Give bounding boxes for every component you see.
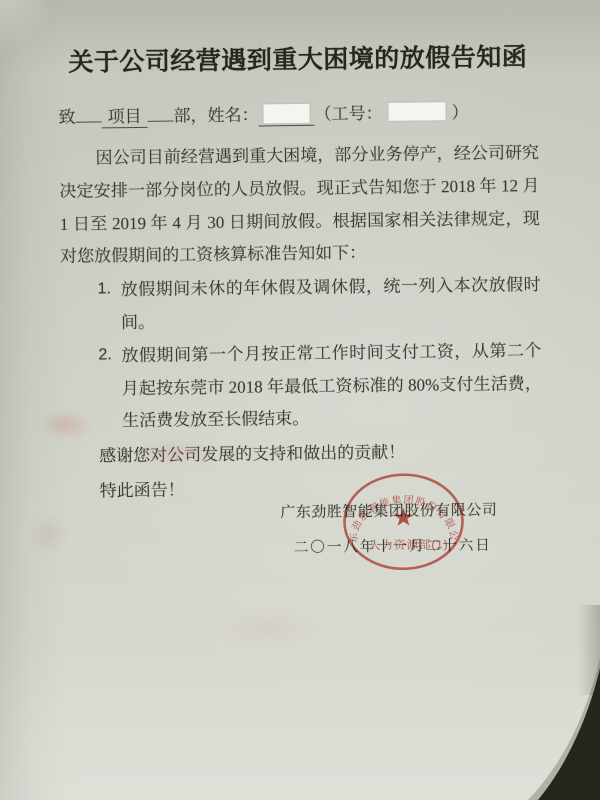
ink-smudge xyxy=(25,518,71,553)
name-underline xyxy=(258,104,314,127)
body-paragraph: 因公司目前经营遇到重大困境，部分业务停产，经公司研究决定安排一部分岗位的人员放假… xyxy=(59,137,541,274)
employee-id-label: （工号： xyxy=(314,104,382,124)
department-name: 项目 xyxy=(101,102,147,129)
salutation-line: 致项目部，姓名：（工号：） xyxy=(58,97,538,129)
after-department-label: 部，姓名： xyxy=(173,105,258,125)
close-paren: ） xyxy=(451,103,468,122)
seal-ring-text: 广东劲胜智能集团股份有限公司 xyxy=(332,465,459,544)
paper: 关于公司经营遇到重大困境的放假告知函 致项目部，姓名：（工号：） 因公司目前经营… xyxy=(0,0,600,800)
list-number: 2. xyxy=(98,340,112,371)
document-body: 关于公司经营遇到重大困境的放假告知函 致项目部，姓名：（工号：） 因公司目前经营… xyxy=(58,31,544,509)
numbered-list: 1. 放假期间未休的年休假及调休假，统一列入本次放假时间。 2. 放假期间第一个… xyxy=(60,269,542,439)
seal-center-text: 人力资源部(1) xyxy=(369,537,449,552)
underline-blank xyxy=(147,104,173,122)
list-item-text: 放假期间第一个月按正常工作时间支付工资，从第二个月起按东莞市 2018 年最低工… xyxy=(121,341,542,431)
list-item: 2. 放假期间第一个月按正常工作时间支付工资，从第二个月起按东莞市 2018 年… xyxy=(61,335,542,439)
underline-blank xyxy=(75,104,101,122)
company-seal: 广东劲胜智能集团股份有限公司 人力资源部(1) xyxy=(332,465,475,579)
salutation-prefix: 致 xyxy=(58,108,75,127)
list-item-text: 放假期间未休的年休假及调休假，统一列入本次放假时间。 xyxy=(121,275,541,332)
list-number: 1. xyxy=(97,274,111,305)
doc-title: 关于公司经营遇到重大困境的放假告知函 xyxy=(58,37,538,79)
ink-smudge xyxy=(192,601,343,655)
seal-star-icon xyxy=(394,508,413,526)
list-item: 1. 放假期间未休的年休假及调休假，统一列入本次放假时间。 xyxy=(60,269,541,340)
photo-background: 关于公司经营遇到重大困境的放假告知函 致项目部，姓名：（工号：） 因公司目前经营… xyxy=(0,0,600,800)
redaction-box-employee-id xyxy=(388,102,445,121)
redaction-box-name xyxy=(263,104,309,124)
